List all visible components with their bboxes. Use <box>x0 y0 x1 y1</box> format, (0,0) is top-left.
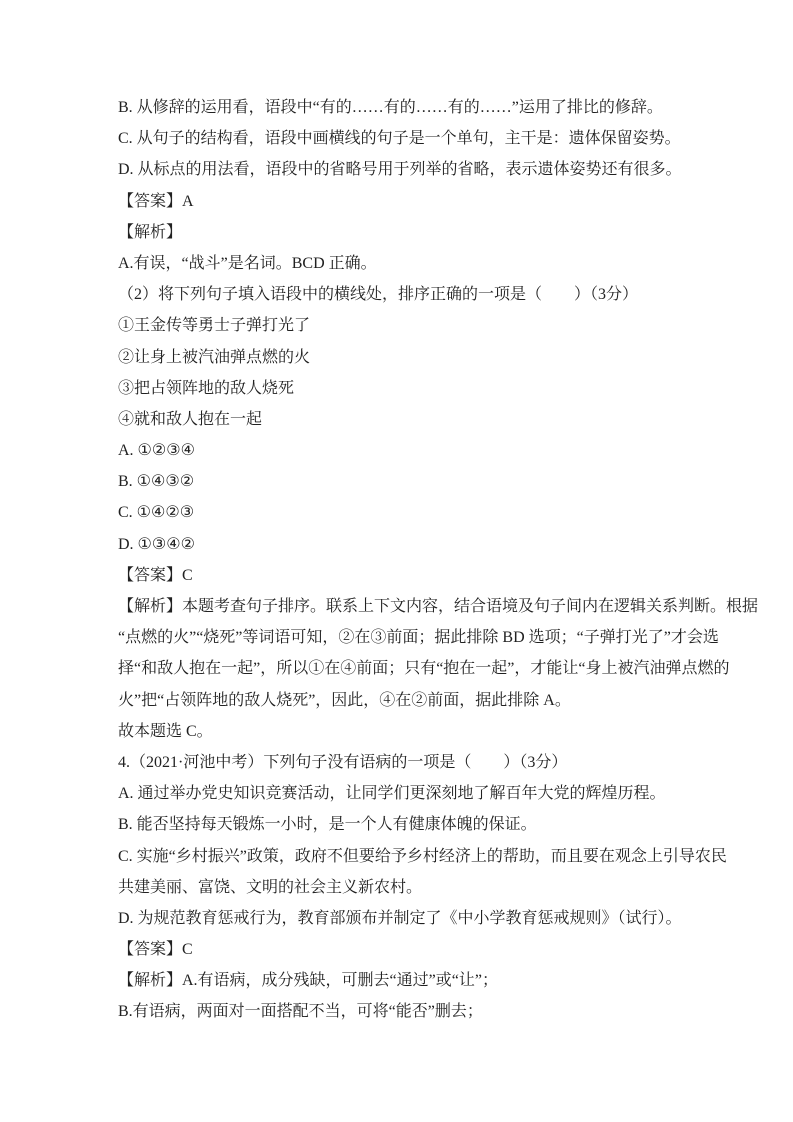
line-order-option-a: A. ①②③④ <box>118 435 678 466</box>
line-q4-option-c: C. 实施“乡村振兴”政策，政府不但要给予乡村经济上的帮助，而且要在观念上引导农… <box>118 841 678 872</box>
line-option-b-rhetoric: B. 从修辞的运用看，语段中“有的……有的……有的……”运用了排比的修辞。 <box>118 92 678 123</box>
line-analysis-paragraph-4: 火”把“占领阵地的敌人烧死”，因此，④在②前面，据此排除 A。 <box>118 685 678 716</box>
line-order-option-d: D. ①③④② <box>118 529 678 560</box>
line-analysis-paragraph-1: 【解析】本题考查句子排序。联系上下文内容，结合语境及句子间内在逻辑关系判断。根据 <box>118 591 678 622</box>
line-q4-option-b: B. 能否坚持每天锻炼一小时，是一个人有健康体魄的保证。 <box>118 809 678 840</box>
line-q4-analysis-a: 【解析】A.有语病，成分残缺，可删去“通过”或“让”； <box>118 965 678 996</box>
line-q4-option-d: D. 为规范教育惩戒行为，教育部颁布并制定了《中小学教育惩戒规则》（试行）。 <box>118 903 678 934</box>
line-analysis-option-a: A.有误，“战斗”是名词。BCD 正确。 <box>118 248 678 279</box>
line-q4-option-a: A. 通过举办党史知识竞赛活动，让同学们更深刻地了解百年大党的辉煌历程。 <box>118 778 678 809</box>
line-sentence-2: ②让身上被汽油弹点燃的火 <box>118 342 678 373</box>
line-q4-analysis-b: B.有语病，两面对一面搭配不当，可将“能否”删去； <box>118 996 678 1027</box>
line-order-option-b: B. ①④③② <box>118 466 678 497</box>
line-analysis-header: 【解析】 <box>118 217 678 248</box>
line-option-d-punctuation: D. 从标点的用法看，语段中的省略号用于列举的省略，表示遗体姿势还有很多。 <box>118 154 678 185</box>
line-analysis-paragraph-3: 择“和敌人抱在一起”，所以①在④前面；只有“抱在一起”，才能让“身上被汽油弹点燃… <box>118 653 678 684</box>
line-question-2-stem: （2）将下列句子填入语段中的横线处，排序正确的一项是（ ）（3分） <box>118 279 678 310</box>
line-option-c-structure: C. 从句子的结构看，语段中画横线的句子是一个单句，主干是：遗体保留姿势。 <box>118 123 678 154</box>
document-page: B. 从修辞的运用看，语段中“有的……有的……有的……”运用了排比的修辞。 C.… <box>0 0 793 1122</box>
line-analysis-paragraph-2: “点燃的火”“烧死”等词语可知，②在③前面；据此排除 BD 选项；“子弹打光了”… <box>118 622 678 653</box>
line-answer-a: 【答案】A <box>118 186 678 217</box>
line-answer-c: 【答案】C <box>118 560 678 591</box>
line-sentence-3: ③把占领阵地的敌人烧死 <box>118 373 678 404</box>
line-sentence-4: ④就和敌人抱在一起 <box>118 404 678 435</box>
line-q4-answer-c: 【答案】C <box>118 934 678 965</box>
line-sentence-1: ①王金传等勇士子弹打光了 <box>118 310 678 341</box>
line-order-option-c: C. ①④②③ <box>118 497 678 528</box>
document-content: B. 从修辞的运用看，语段中“有的……有的……有的……”运用了排比的修辞。 C.… <box>118 92 678 1028</box>
line-question-4-stem: 4.（2021·河池中考）下列句子没有语病的一项是（ ）（3分） <box>118 747 678 778</box>
line-conclusion: 故本题选 C。 <box>118 716 678 747</box>
line-q4-option-c-cont: 共建美丽、富饶、文明的社会主义新农村。 <box>118 872 678 903</box>
